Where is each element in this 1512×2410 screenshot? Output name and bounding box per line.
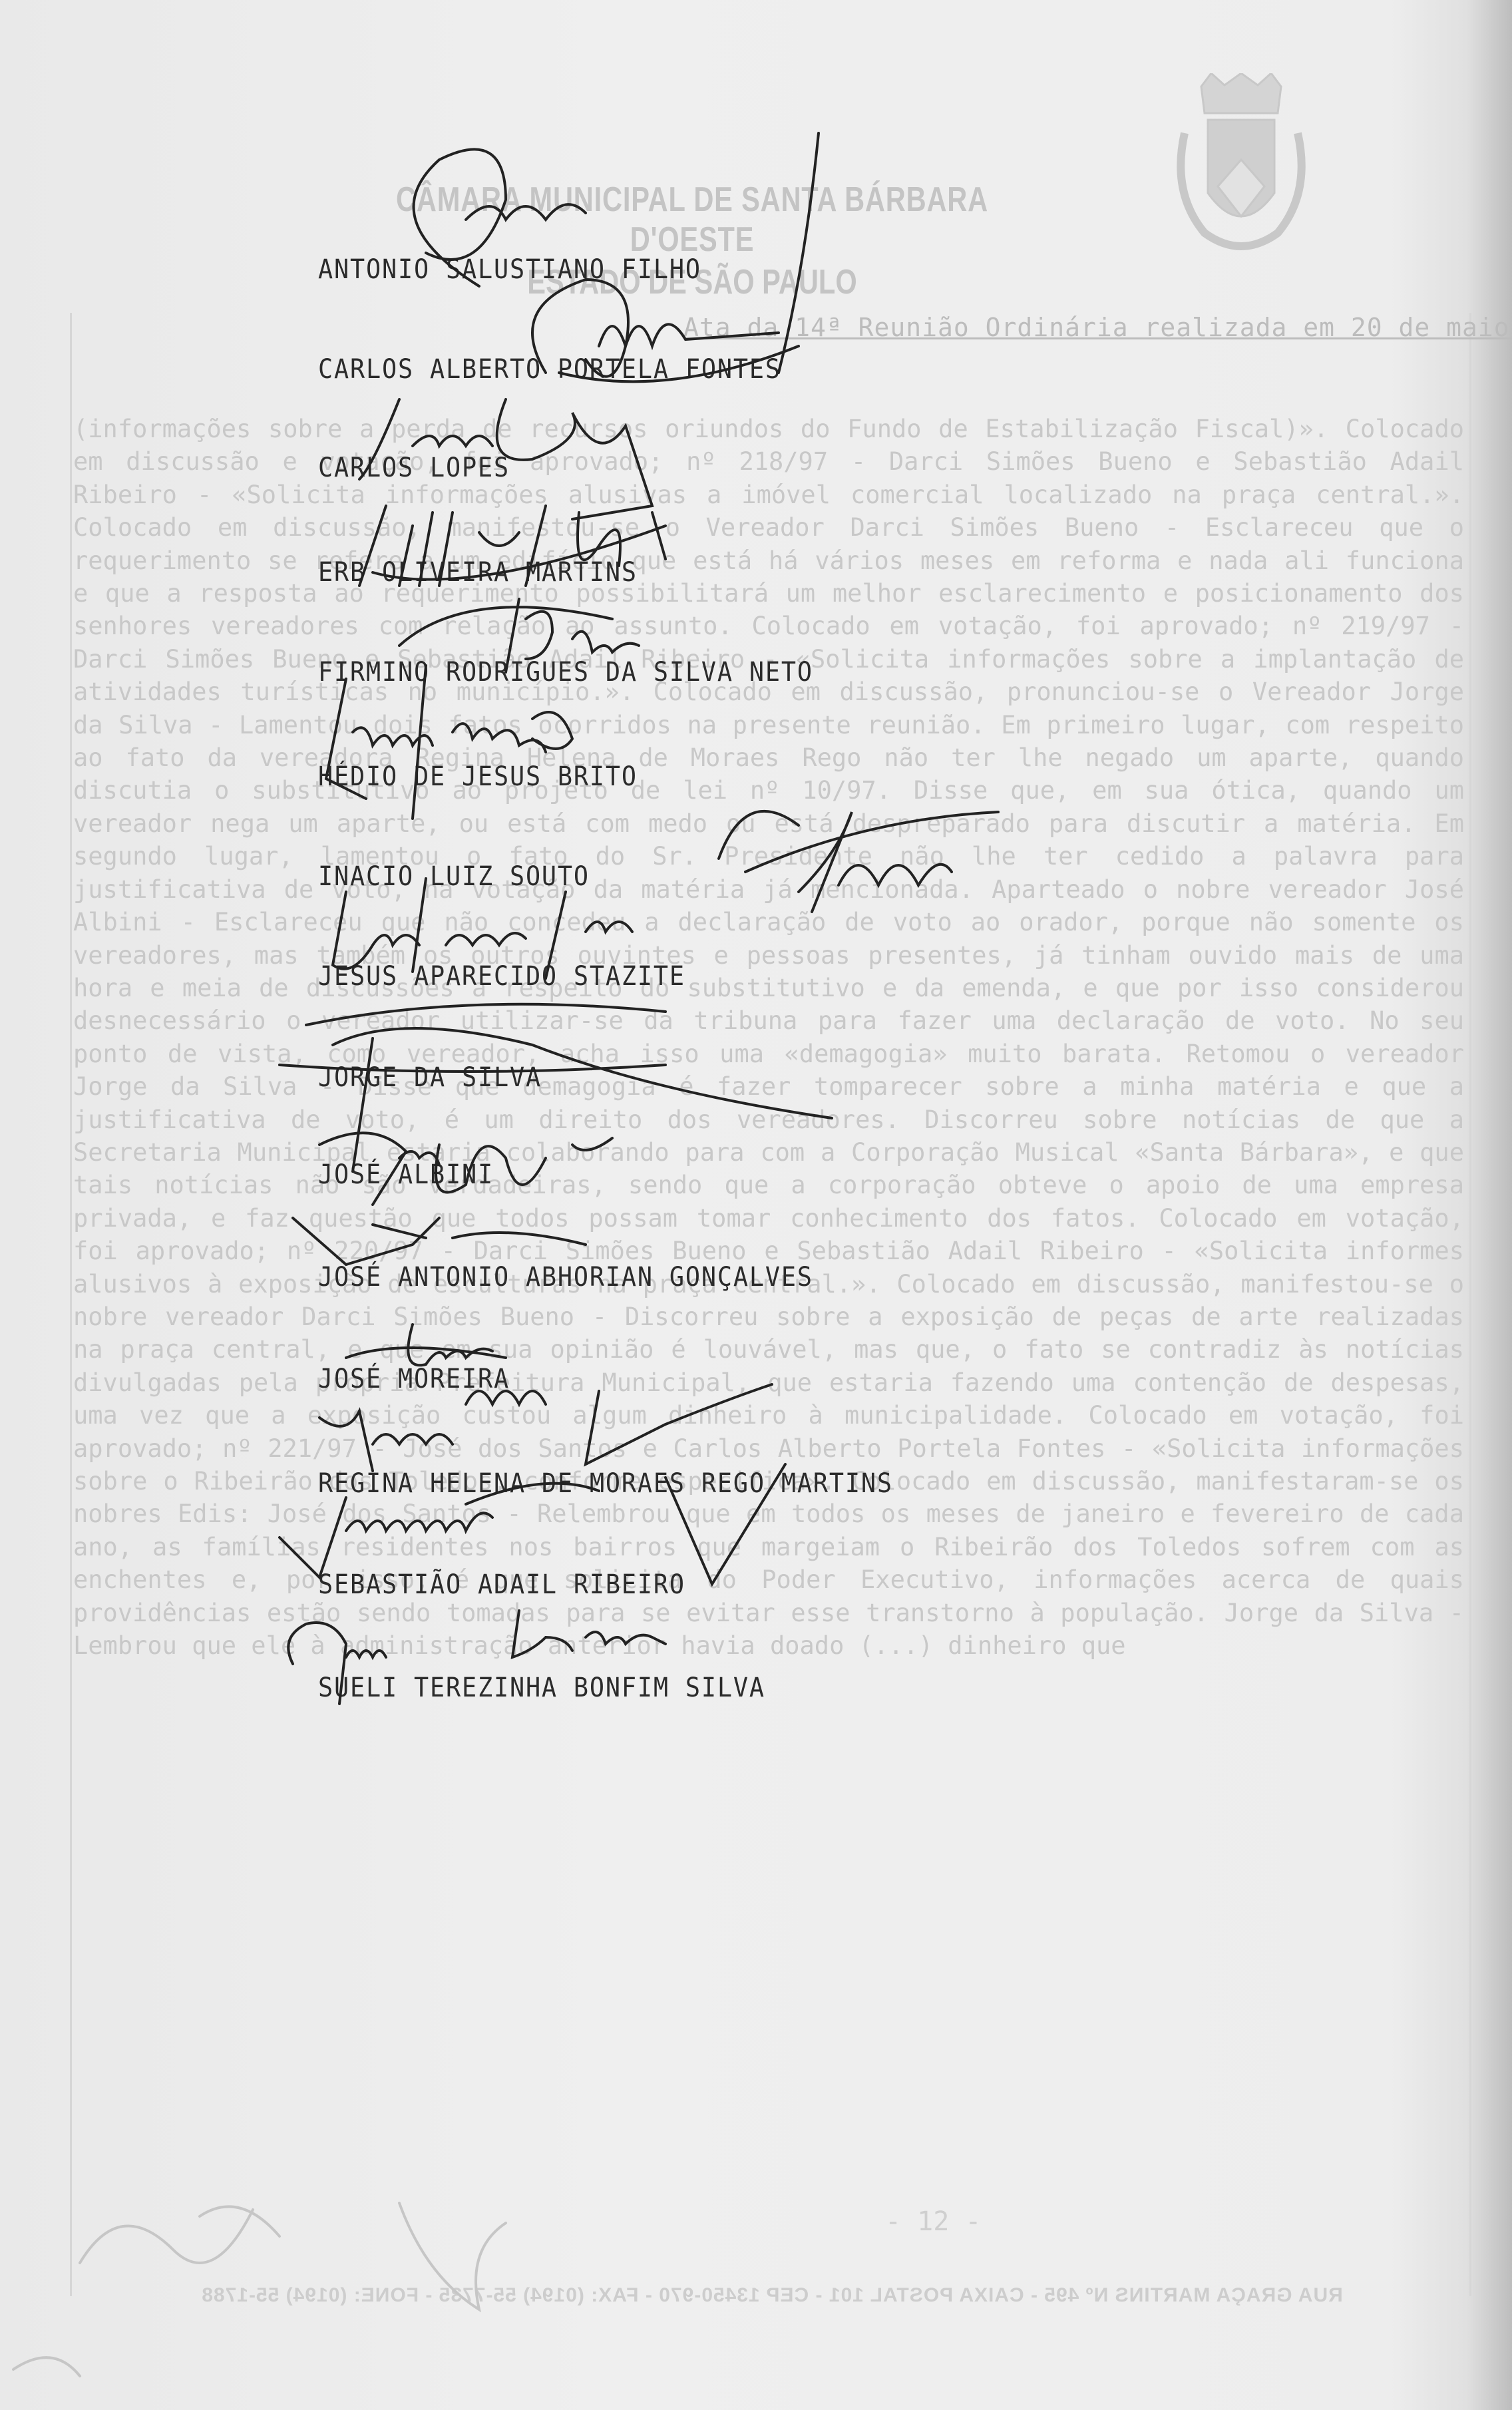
document-title: Ata da 14ª Reunião Ordinária realizada e… [683,313,1512,342]
signatory-name: CARLOS LOPES [318,453,510,483]
page-number: - 12 - [885,2206,982,2237]
signatory-name: ERB OLIVEIRA MARTINS [318,557,638,588]
signatory-name: INACIO LUIZ SOUTO [318,861,590,892]
signatory-name: HÉDIO DE JESUS BRITO [318,761,638,792]
signatory-name: SUELI TEREZINHA BONFIM SILVA [318,1673,765,1703]
signatory-name: SEBASTIÃO ADAIL RIBEIRO [318,1569,685,1600]
signatory-name: JORGE DA SILVA [318,1062,542,1093]
signatory-name: JOSÉ ALBINI [318,1159,494,1190]
coat-of-arms-icon [1171,73,1311,266]
signatory-name: REGINA HELENA DE MORAES REGO MARTINS [318,1468,893,1499]
signatory-name: ANTONIO SALUSTIANO FILHO [318,254,701,285]
signatory-name: JOSÉ ANTONIO ABHORIAN GONÇALVES [318,1262,813,1293]
signatory-name: JESUS APARECIDO STAZITE [318,961,685,992]
signatory-name: FIRMINO RODRIGUES DA SILVA NETO [318,657,813,688]
letterhead-institution: CÂMARA MUNICIPAL DE SANTA BÁRBARA D'OEST… [362,180,1022,260]
signatory-name: CARLOS ALBERTO PORTELA FONTES [318,354,781,385]
signatory-name: JOSÉ MOREIRA [318,1364,510,1394]
document-page: CÂMARA MUNICIPAL DE SANTA BÁRBARA D'OEST… [0,0,1512,2410]
letterhead-footer-address: RUA GRAÇA MARTINS Nº 495 - CAIXA POSTAL … [73,2284,1471,2307]
